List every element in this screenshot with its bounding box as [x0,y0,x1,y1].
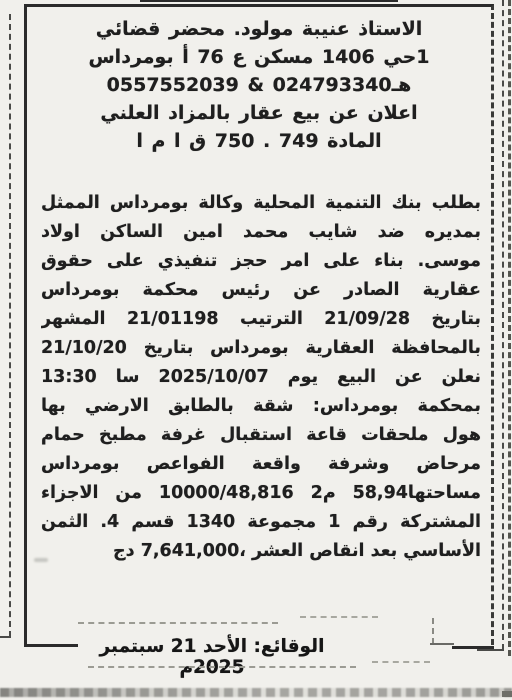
newspaper-date-line: الوقائع: الأحد 21 سبتمبر 2025م [82,636,342,678]
column-rule-left [9,14,11,637]
notice-body-line: الأساسي بعد انقاص العشر ،7,641,000 دج [41,537,481,566]
column-rule-right [502,0,504,650]
footer-dashed-rule [78,622,278,624]
notice-box-bottom-border-left [24,644,78,647]
notice-body-line: موسى. بناء على امر حجز تنفيذي على حقوق [41,247,481,276]
notice-body-line: بمحكمة بومرداس: شقة بالطابق الارضي بها [41,392,481,421]
notice-header-line: 1حي 1406 مسكن ع 76 أ بومرداس [27,43,491,71]
scan-artifact-smudge [34,558,48,562]
notice-legal-reference: المادة 749 . 750 ق ا م ا [27,127,491,155]
notice-header-line: هـ024793340 & 0557552039 [27,71,491,99]
notice-body-line: مساحتها58,94 م2 10000/48,816 من الاجزاء [41,479,481,508]
footer-dashed-rule [88,666,356,668]
scan-noise-band [0,688,512,697]
notice-body-line: بالمحافظة العقارية بومرداس بتاريخ 21/10/… [41,334,481,363]
notice-body-line: بطلب بنك التنمية المحلية وكالة بومرداس ا… [41,189,481,218]
scanned-newspaper-clipping: { "page": { "background": "#f1f0ec", "in… [0,0,512,700]
notice-body: بطلب بنك التنمية المحلية وكالة بومرداس ا… [27,189,491,566]
notice-title: اعلان عن بيع عقار بالمزاد العلني [27,99,491,127]
footer-dashed-corner [432,618,434,644]
top-border-artifact [140,0,398,2]
notice-body-line: نعلن عن البيع يوم 2025/10/07 سا 13:30 [41,363,481,392]
notice-body-line: بتاريخ 21/09/28 الترتيب 21/01198 المشهر [41,305,481,334]
legal-notice-box: الاستاذ عنيبة مولود. محضر قضائي 1حي 1406… [24,4,494,645]
footer-dashed-rule [300,616,378,618]
notice-body-line: هول ملحقات قاعة استقبال غرفة مطبخ حمام [41,421,481,450]
notice-body-line: بمديره ضد شايب محمد امين الساكن اولاد [41,218,481,247]
notice-box-bottom-border-right [452,646,494,649]
column-rule-left-corner [0,636,11,638]
footer-dashed-corner [430,643,454,645]
footer-dashed-rule [372,661,430,663]
page-edge-rule-right [508,0,511,656]
scan-artifact-blob [502,691,512,697]
notice-header: الاستاذ عنيبة مولود. محضر قضائي 1حي 1406… [27,15,491,155]
notice-body-line: مرحاض وشرفة واقعة الفواعص بومرداس [41,450,481,479]
column-rule-right-corner [477,649,504,651]
notice-body-line: عقارية الصادر عن رئيس محكمة بومرداس [41,276,481,305]
notice-body-line: المشتركة رقم 1 مجموعة 1340 قسم 4. الثمن [41,508,481,537]
notice-header-line: الاستاذ عنيبة مولود. محضر قضائي [27,15,491,43]
